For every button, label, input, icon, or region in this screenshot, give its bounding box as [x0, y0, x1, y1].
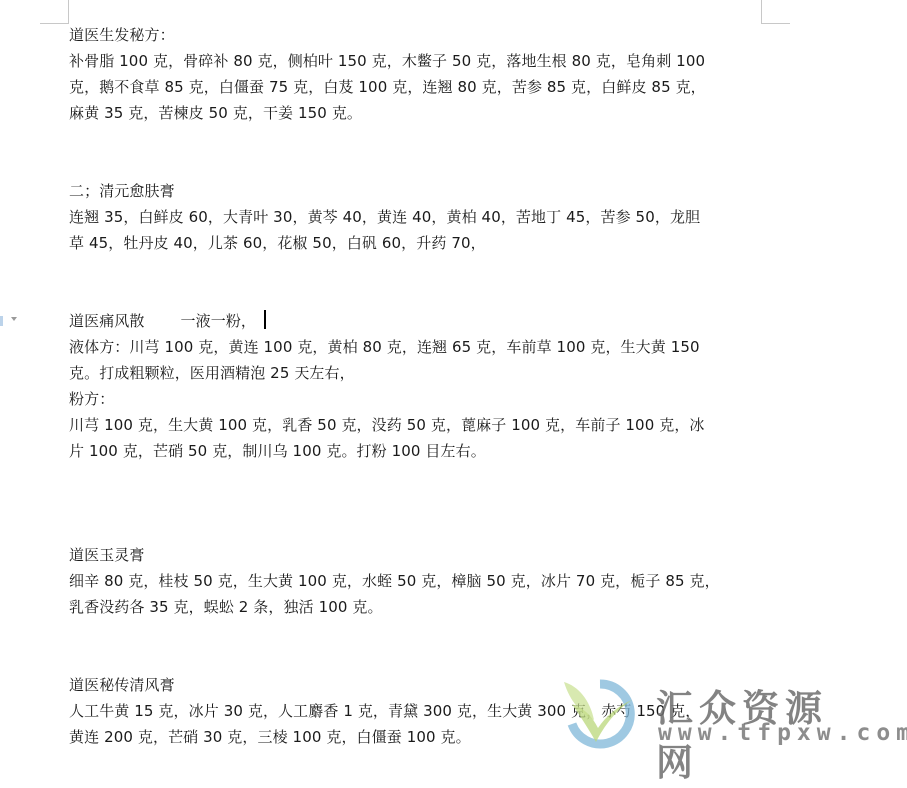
section-jade-ointment: 道医玉灵膏 细辛 80 克，桂枝 50 克，生大黄 100 克，水蛭 50 克，… — [69, 542, 769, 620]
blank-lines — [69, 256, 769, 308]
paragraph-line: 连翘 35，白鲜皮 60，大青叶 30，黄芩 40，黄连 40，黄柏 40，苦地… — [69, 204, 769, 230]
paragraph-line: 人工牛黄 15 克，冰片 30 克，人工麝香 1 克，青黛 300 克，生大黄 … — [69, 698, 769, 724]
paragraph-dropdown-arrow-icon[interactable] — [11, 317, 17, 321]
section-title: 道医痛风散 — [69, 312, 145, 330]
section-title: 二；清元愈肤膏 — [69, 178, 769, 204]
paragraph-marker — [0, 316, 3, 326]
section-skin-ointment: 二；清元愈肤膏 连翘 35，白鲜皮 60，大青叶 30，黄芩 40，黄连 40，… — [69, 178, 769, 256]
paragraph-line: 粉方： — [69, 386, 769, 412]
paragraph-line: 克，鹅不食草 85 克，白僵蚕 75 克，白芨 100 克，连翘 80 克，苦参… — [69, 74, 769, 100]
paragraph-line: 细辛 80 克，桂枝 50 克，生大黄 100 克，水蛭 50 克，樟脑 50 … — [69, 568, 769, 594]
section-gout-powder: 道医痛风散一液一粉， 液体方：川芎 100 克，黄连 100 克，黄柏 80 克… — [69, 308, 769, 464]
section-title: 道医秘传清风膏 — [69, 672, 769, 698]
paragraph-line: 乳香没药各 35 克，蜈蚣 2 条，独活 100 克。 — [69, 594, 769, 620]
document-body[interactable]: 道医生发秘方： 补骨脂 100 克，骨碎补 80 克，侧柏叶 150 克，木鳖子… — [69, 22, 769, 750]
paragraph-line: 草 45，牡丹皮 40，儿茶 60，花椒 50，白矾 60，升药 70， — [69, 230, 769, 256]
paragraph-line: 补骨脂 100 克，骨碎补 80 克，侧柏叶 150 克，木鳖子 50 克，落地… — [69, 48, 769, 74]
page-corner-mark-top-right — [761, 0, 790, 24]
blank-lines — [69, 620, 769, 672]
section-clear-wind-ointment: 道医秘传清风膏 人工牛黄 15 克，冰片 30 克，人工麝香 1 克，青黛 30… — [69, 672, 769, 750]
paragraph-line: 川芎 100 克，生大黄 100 克，乳香 50 克，没药 50 克，蓖麻子 1… — [69, 412, 769, 438]
section-title-suffix: 一液一粉， — [181, 312, 257, 330]
blank-lines — [69, 126, 769, 178]
text-cursor — [264, 310, 266, 329]
paragraph-line: 黄连 200 克，芒硝 30 克，三棱 100 克，白僵蚕 100 克。 — [69, 724, 769, 750]
section-hair-growth: 道医生发秘方： 补骨脂 100 克，骨碎补 80 克，侧柏叶 150 克，木鳖子… — [69, 22, 769, 126]
page-corner-mark-top-left — [40, 0, 69, 24]
paragraph-line: 片 100 克，芒硝 50 克，制川乌 100 克。打粉 100 目左右。 — [69, 438, 769, 464]
paragraph-line: 液体方：川芎 100 克，黄连 100 克，黄柏 80 克，连翘 65 克，车前… — [69, 334, 769, 360]
paragraph-line: 克。打成粗颗粒，医用酒精泡 25 天左右， — [69, 360, 769, 386]
section-title: 道医生发秘方： — [69, 22, 769, 48]
section-title: 道医玉灵膏 — [69, 542, 769, 568]
section-title-row: 道医痛风散一液一粉， — [69, 308, 769, 334]
blank-lines — [69, 464, 769, 542]
paragraph-line: 麻黄 35 克，苦楝皮 50 克，干姜 150 克。 — [69, 100, 769, 126]
